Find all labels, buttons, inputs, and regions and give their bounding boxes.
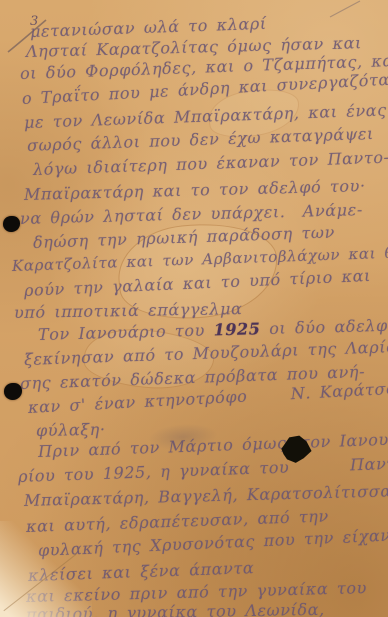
manuscript-line: Μπαϊρακτάρη, Βαγγελή, Καρατσολίτισσα xyxy=(24,481,388,510)
graphite-smudge xyxy=(147,422,219,453)
diagonal-stroke-mark xyxy=(330,1,360,17)
manuscript-line: φύλαξη· xyxy=(36,420,106,440)
punch-hole xyxy=(3,216,20,232)
manuscript-page: 3 μετανιώσαν ωλά το κλαρίΛησταί Καρατζολ… xyxy=(0,0,388,617)
punch-hole xyxy=(4,383,22,400)
manuscript-line: Μπαϊρακτάρη και το τον αδελφό του· xyxy=(24,176,366,204)
emphasized-year: 1925 xyxy=(213,319,260,339)
manuscript-line: υπό ιπποτικιά επάγγελμα xyxy=(14,299,243,322)
